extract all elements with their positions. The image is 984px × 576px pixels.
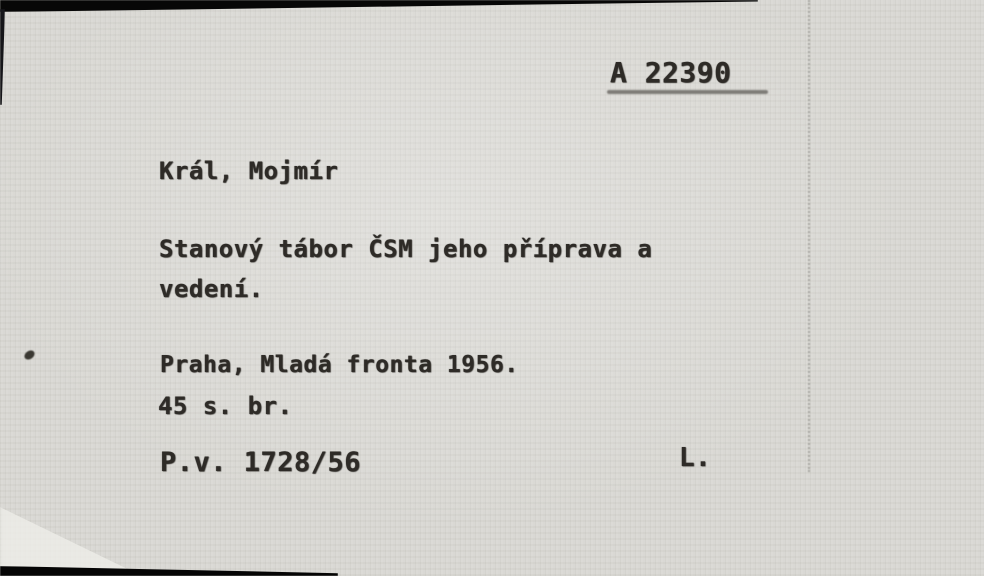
imprint-line: Praha, Mladá fronta 1956. [160,352,519,378]
record-number-line: P.v. 1728/56 [160,447,361,478]
accession-number: A 22390 [610,56,732,89]
author-line: Král, Mojmír [159,157,338,185]
under-card-corner [0,494,142,576]
scanned-catalog-card: A 22390 Král, Mojmír Stanový tábor ČSM j… [0,0,984,576]
catalog-card-paper: A 22390 Král, Mojmír Stanový tábor ČSM j… [0,0,984,576]
card-crease-line [808,0,810,472]
title-line-1: Stanový tábor ČSM jeho příprava a [159,235,652,263]
ink-speck [23,349,37,362]
accession-underline [607,90,768,94]
collation-line: 45 s. br. [158,392,293,420]
title-line-2: vedení. [159,275,264,303]
cataloguer-initial: L. [679,443,711,473]
